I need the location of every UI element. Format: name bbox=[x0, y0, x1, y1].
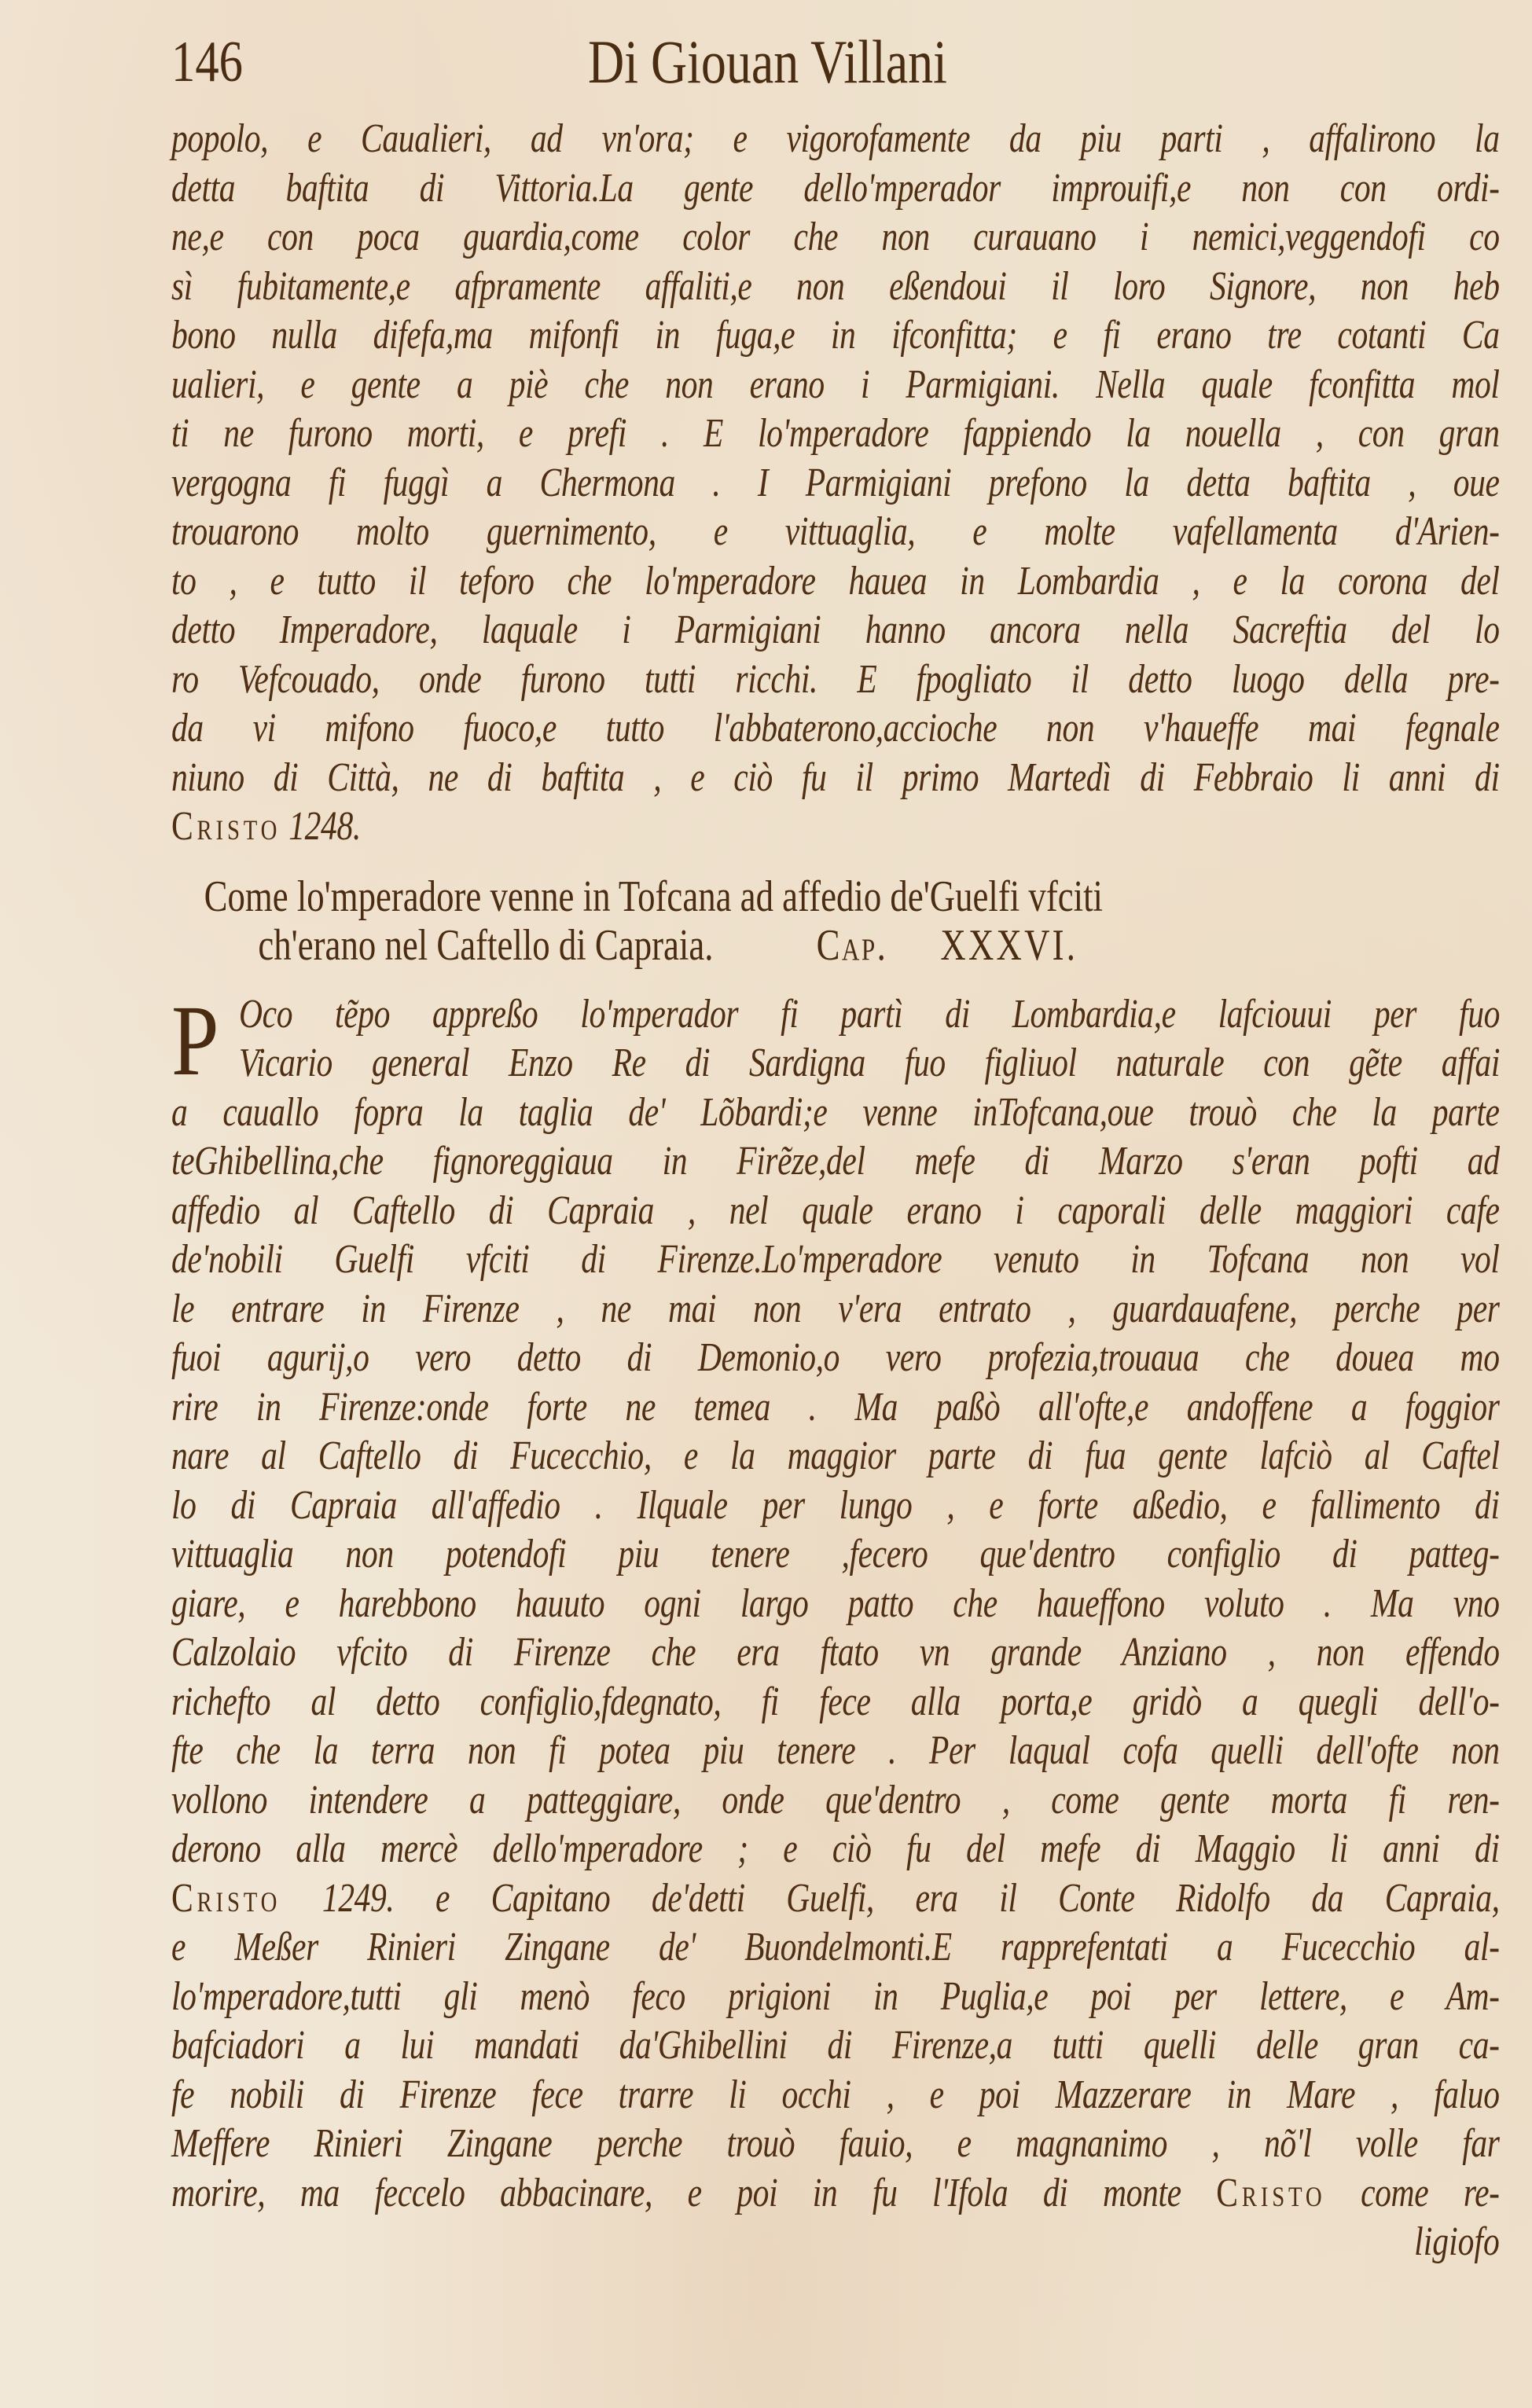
text-line: Calzolaio vfcito di Firenze che era ftat… bbox=[171, 1628, 1500, 1678]
text-line-after: come re- bbox=[1361, 2171, 1500, 2215]
text-line: Vicario general Enzo Re di Sardigna fuo … bbox=[239, 1039, 1500, 1088]
page-number: 146 bbox=[171, 31, 243, 93]
text-line-date: Cristo 1248. bbox=[171, 802, 1500, 852]
text-line: bono nulla difefa,ma mifonfi in fuga,e i… bbox=[171, 311, 1500, 361]
cristo-smallcaps: Cristo bbox=[171, 804, 281, 849]
text-line: vollono intendere a patteggiare, onde qu… bbox=[171, 1776, 1500, 1826]
text-line: bafciadori a lui mandati da'Ghibellini d… bbox=[171, 2021, 1500, 2071]
text-line: vittuaglia non potendofi piu tenere ,fec… bbox=[171, 1530, 1500, 1580]
text-line-before: morire, ma feccelo abbacinare, e poi in … bbox=[171, 2171, 1181, 2215]
text-line: Meffere Rinieri Zingane perche trouò fau… bbox=[171, 2120, 1500, 2169]
text-line: sì fubitamente,e afpramente affaliti,e n… bbox=[171, 262, 1500, 312]
text-line: popolo, e Caualieri, ad vn'ora; e vigoro… bbox=[171, 115, 1500, 164]
text-line: ualieri, e gente a piè che non erano i P… bbox=[171, 361, 1500, 410]
text-line: trouarono molto guernimento, e vittuagli… bbox=[171, 508, 1500, 557]
cristo-smallcaps: Cristo bbox=[1216, 2171, 1325, 2215]
text-line: lo'mperadore,tutti gli menò feco prigion… bbox=[171, 1973, 1500, 2022]
text-line: ne,e con poca guardia,come color che non… bbox=[171, 213, 1500, 262]
text-line: fte che la terra non fi potea piu tenere… bbox=[171, 1727, 1500, 1776]
chapter-heading-text: ch'erano nel Caftello di Capraia. bbox=[258, 921, 713, 970]
text-line: to , e tutto il teforo che lo'mperadore … bbox=[171, 557, 1500, 607]
text-line: fuoi agurij,o vero detto di Demonio,o ve… bbox=[171, 1334, 1500, 1383]
year: 1248. bbox=[288, 804, 361, 849]
text-line-date: Cristo 1249. e Capitano de'detti Guelfi,… bbox=[171, 1874, 1500, 1924]
text-line: rire in Firenze:onde forte ne temea . Ma… bbox=[171, 1383, 1500, 1433]
text-line: fe nobili di Firenze fece trarre li occh… bbox=[171, 2071, 1500, 2120]
chapter-paragraph: P Oco tẽpo appreßo lo'mperador fi partì … bbox=[171, 990, 1500, 2267]
text-line: lo di Capraia all'affedio . Ilquale per … bbox=[171, 1481, 1500, 1531]
chapter-heading: Come lo'mperadore venne in Tofcana ad af… bbox=[171, 872, 1500, 970]
running-title: Di Giouan Villani bbox=[588, 31, 947, 93]
text-line: e Meßer Rinieri Zingane de' Buondelmonti… bbox=[171, 1923, 1500, 1973]
text-line: ti ne furono morti, e prefi . E lo'mpera… bbox=[171, 409, 1500, 459]
chapter-heading-line-1: Come lo'mperadore venne in Tofcana ad af… bbox=[171, 872, 1234, 921]
text-line: le entrare in Firenze , ne mai non v'era… bbox=[171, 1285, 1500, 1334]
text-line: de'nobili Guelfi vfciti di Firenze.Lo'mp… bbox=[171, 1235, 1500, 1285]
text-line-final: morire, ma feccelo abbacinare, e poi in … bbox=[171, 2169, 1500, 2219]
text-line: niuno di Città, ne di baftita , e ciò fu… bbox=[171, 754, 1500, 803]
text-line: a cauallo fopra la taglia de' Lõbardi;e … bbox=[171, 1088, 1500, 1138]
catchword: ligiofo bbox=[1414, 2218, 1500, 2267]
text-line: derono alla mercè dello'mperadore ; e ci… bbox=[171, 1825, 1500, 1874]
running-head: 146 Di Giouan Villani bbox=[171, 31, 1500, 93]
drop-cap: P bbox=[171, 997, 219, 1085]
book-page: 146 Di Giouan Villani popolo, e Caualier… bbox=[171, 31, 1500, 2267]
text-line: richefto al detto configlio,fdegnato, fi… bbox=[171, 1678, 1500, 1727]
text-line: detta baftita di Vittoria.La gente dello… bbox=[171, 164, 1500, 214]
text-line-rest: 1249. e Capitano de'detti Guelfi, era il… bbox=[322, 1876, 1500, 1921]
text-line: Oco tẽpo appreßo lo'mperador fi partì di… bbox=[239, 990, 1500, 1040]
text-line: affedio al Caftello di Capraia , nel qua… bbox=[171, 1187, 1500, 1236]
text-line: nare al Caftello di Fucecchio, e la magg… bbox=[171, 1432, 1500, 1481]
chapter-number: XXXVI. bbox=[940, 921, 1078, 970]
chapter-heading-line-2: ch'erano nel Caftello di Capraia. Cap. X… bbox=[171, 921, 1234, 970]
text-line: detto Imperadore, laquale i Parmigiani h… bbox=[171, 606, 1500, 655]
text-line: ro Vefcouado, onde furono tutti ricchi. … bbox=[171, 655, 1500, 705]
text-line: da vi mifono fuoco,e tutto l'abbaterono,… bbox=[171, 704, 1500, 754]
cristo-smallcaps: Cristo bbox=[171, 1876, 281, 1921]
catchword-row: ligiofo bbox=[171, 2218, 1500, 2267]
chapter-label: Cap. bbox=[817, 921, 888, 970]
text-line: teGhibellina,che fignoreggiaua in Firẽze… bbox=[171, 1137, 1500, 1187]
text-line: vergogna fi fuggì a Chermona . I Parmigi… bbox=[171, 459, 1500, 508]
opening-text-block: popolo, e Caualieri, ad vn'ora; e vigoro… bbox=[171, 115, 1500, 852]
text-line: giare, e harebbono hauuto ogni largo pat… bbox=[171, 1580, 1500, 1629]
